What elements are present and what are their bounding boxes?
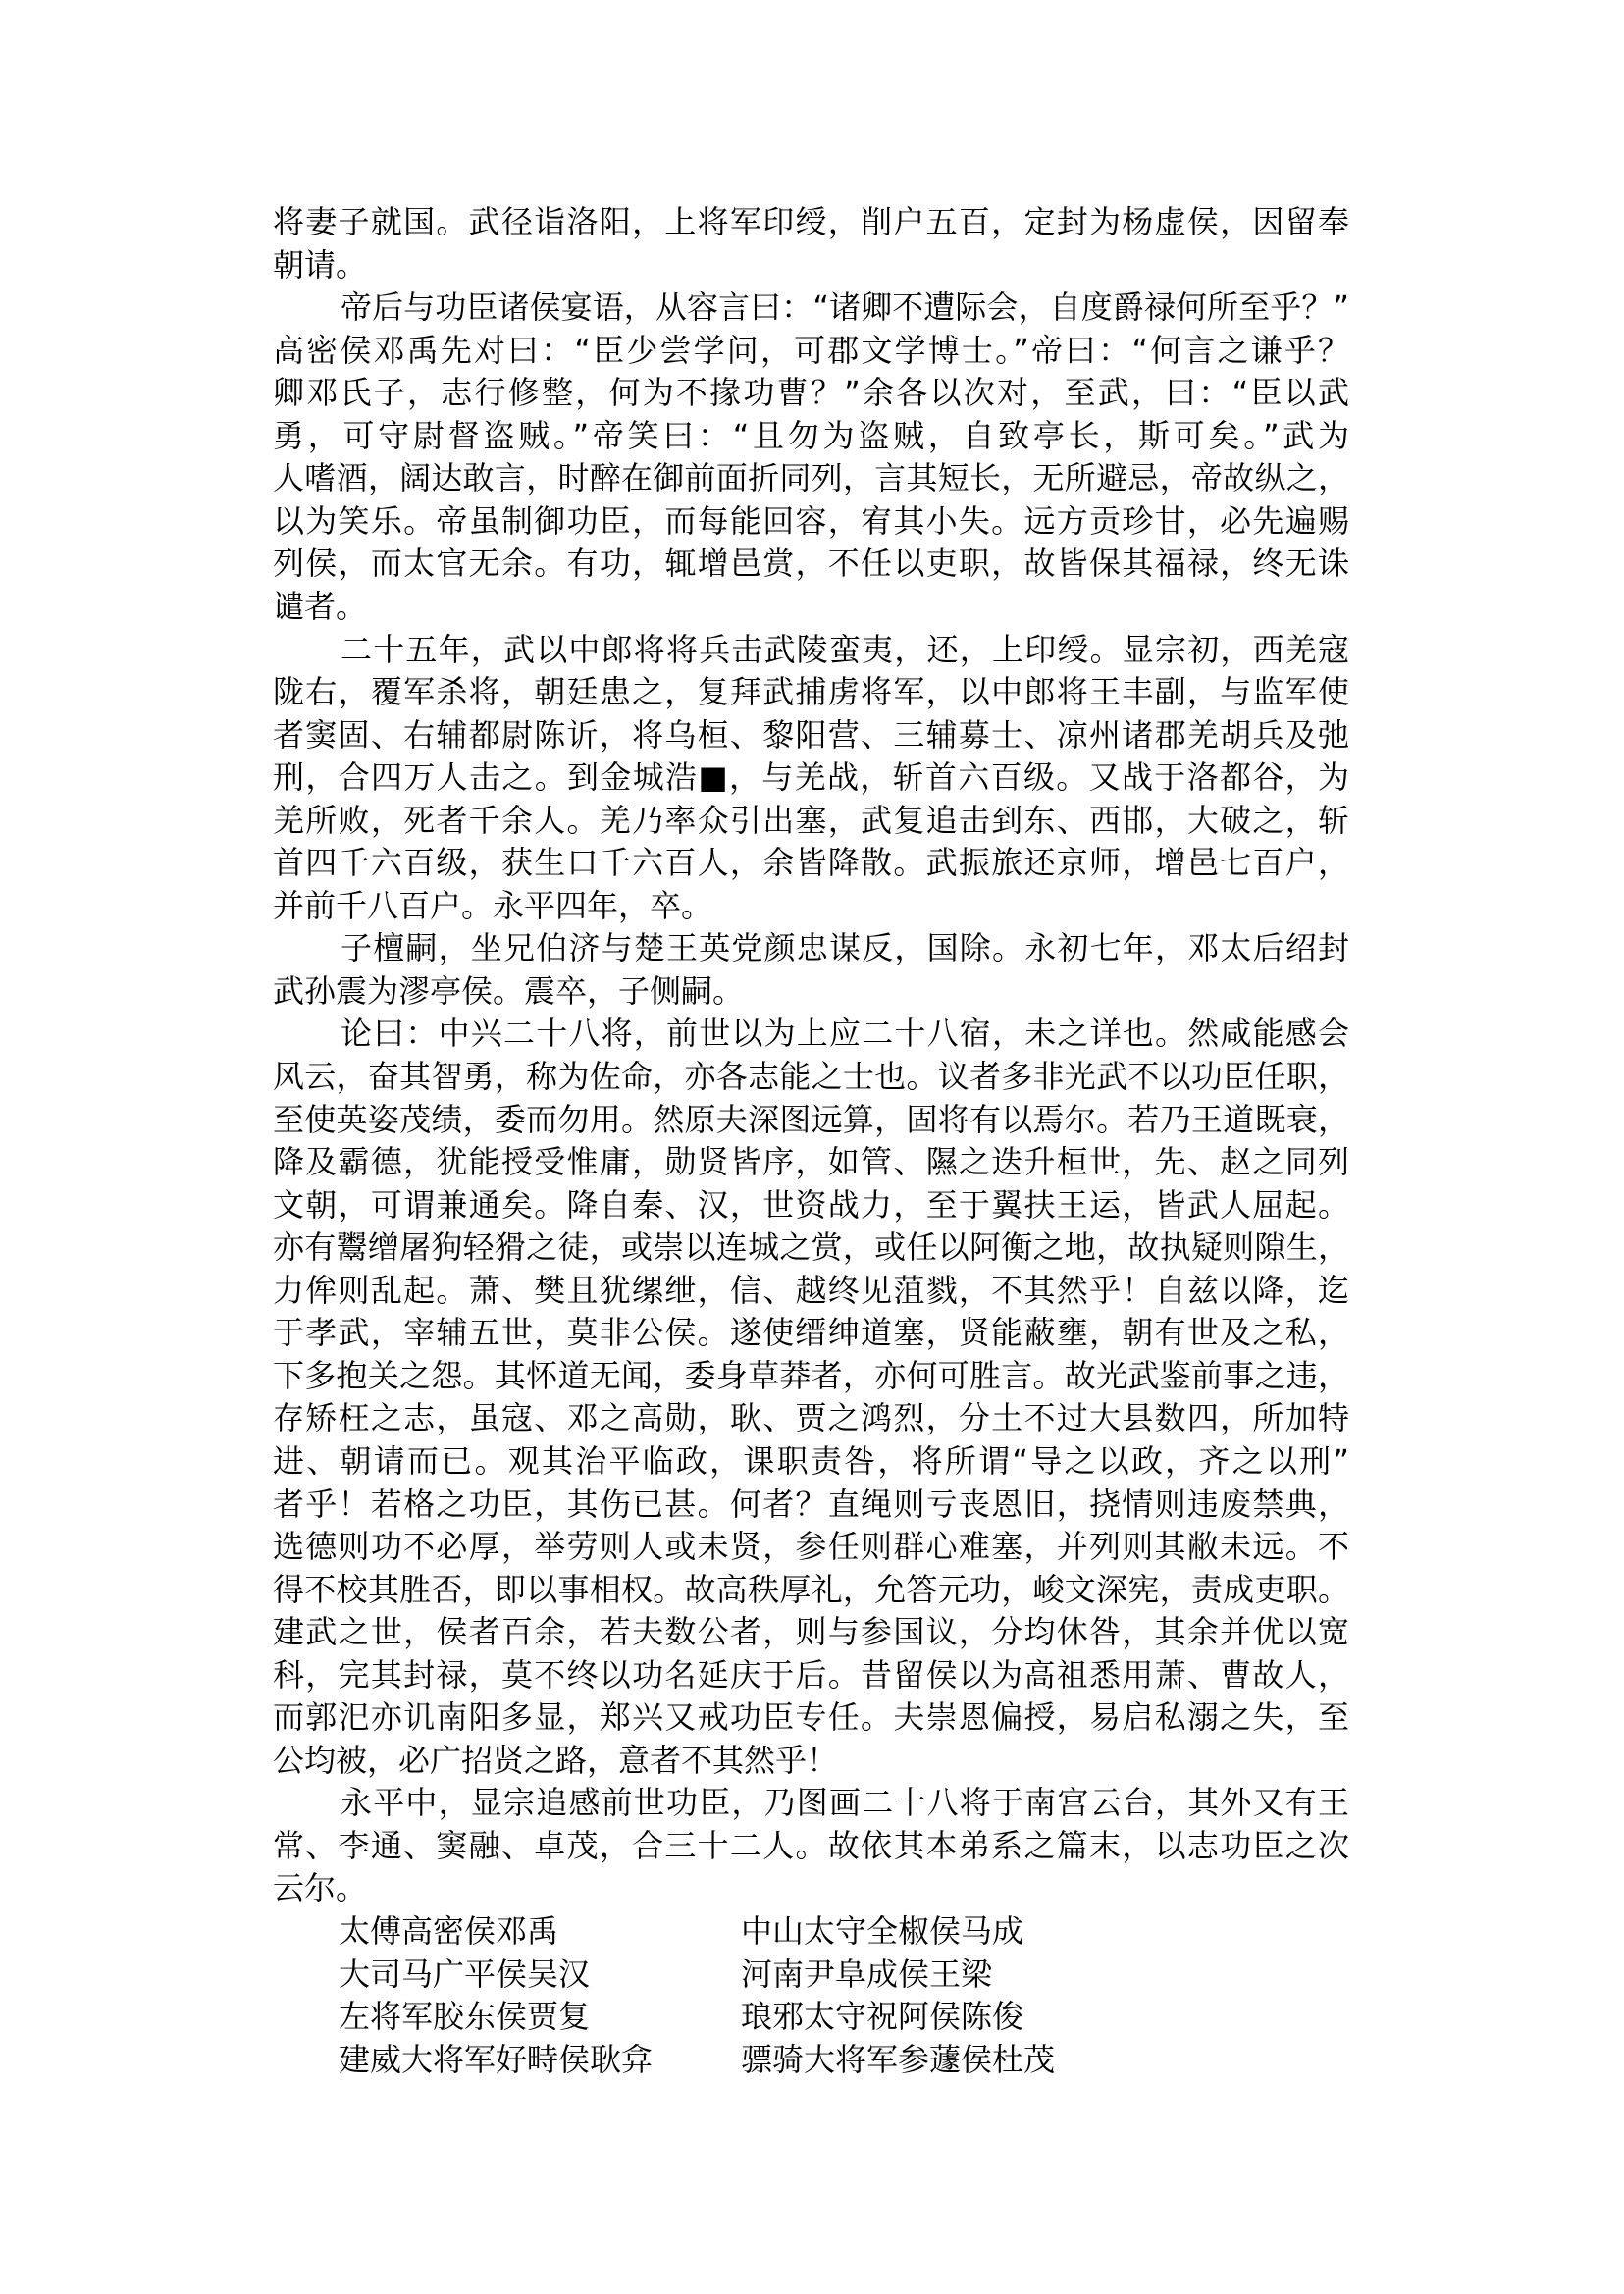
text-line: 朝请。 (273, 243, 1349, 287)
text-line: 风云，奋其智勇，称为佐命，亦各志能之士也。议者多非光武不以功臣任职， (273, 1055, 1349, 1098)
text-line: 公均被，必广招贤之路，意者不其然乎！ (273, 1739, 1349, 1782)
paragraph-first-line: 帝后与功臣诸侯宴语，从容言曰：“诸卿不遭际会，自度爵禄何所至乎？” (341, 286, 1349, 329)
text-line: 人嗜酒，阔达敢言，时醉在御前面折同列，言其短长，无所避忌，帝故纵之， (273, 456, 1349, 499)
text-line: 者乎！若格之功臣，其伤已甚。何者？直绳则亏丧恩旧，挠情则违废禁典， (273, 1483, 1349, 1526)
text-line: 羌所败，死者千余人。羌乃率众引出塞，武复追击到东、西邯，大破之，斩 (273, 799, 1349, 842)
paragraph-first-line: 二十五年，武以中郎将将兵击武陵蛮夷，还，上印绶。显宗初，西羌寇 (341, 628, 1349, 671)
paragraph-first-line: 子檀嗣，坐兄伯济与楚王英党颜忠谋反，国除。永初七年，邓太后绍封 (341, 926, 1349, 969)
text-line: 下多抱关之怨。其怀道无闻，委身草莽者，亦何可胜言。故光武鉴前事之违， (273, 1354, 1349, 1397)
text-line: 列侯，而太官无余。有功，辄增邑赏，不任以吏职，故皆保其福禄，终无诛 (273, 542, 1349, 585)
text-line: 亦有鬻缯屠狗轻猾之徒，或崇以连城之赏，或任以阿衡之地，故执疑则隙生， (273, 1225, 1349, 1269)
text-line: 常、李通、窦融、卓茂，合三十二人。故依其本弟系之篇末，以志功臣之次 (273, 1824, 1349, 1867)
text-line: 者窦固、右辅都尉陈䜣，将乌桓、黎阳营、三辅募士、凉州诸郡羌胡兵及弛 (273, 713, 1349, 756)
text-line: 武孙震为漻亭侯。震卒，子侧嗣。 (273, 969, 1349, 1013)
paragraph-first-line: 论曰：中兴二十八将，前世以为上应二十八宿，未之详也。然咸能感会 (341, 1012, 1349, 1055)
text-line: 以为笑乐。帝虽制御功臣，而每能回容，宥其小失。远方贡珍甘，必先遍赐 (273, 499, 1349, 543)
paragraph-first-line: 永平中，显宗追感前世功臣，乃图画二十八将于南宫云台，其外又有王 (341, 1781, 1349, 1824)
text-line: 刑，合四万人击之。到金城浩■，与羌战，斩首六百级。又战于洛都谷，为 (273, 756, 1349, 799)
text-line: 至使英姿茂绩，委而勿用。然原夫深图远算，固将有以焉尔。若乃王道既衰， (273, 1098, 1349, 1141)
text-line: 得不校其胜否，即以事相权。故高秩厚礼，允答元功，峻文深宪，责成吏职。 (273, 1568, 1349, 1611)
text-line: 将妻子就国。武径诣洛阳，上将军印绶，削户五百，定封为杨虚侯，因留奉 (273, 200, 1349, 243)
roster-entry-right: 河南尹阜成侯王梁 (741, 1953, 1231, 1996)
text-line: 建武之世，侯者百余，若夫数公者，则与参国议，分均休咎，其余并优以宽 (273, 1610, 1349, 1653)
text-line: 卿邓氏子，志行修整，何为不掾功曹？”余各以次对，至武，曰：“臣以武 (273, 371, 1349, 414)
text-line: 陇右，覆军杀将，朝廷患之，复拜武捕虏将军，以中郎将王丰副，与监军使 (273, 670, 1349, 713)
roster-entry-left: 太傅高密侯邓禹 (339, 1909, 731, 1953)
roster-entry-left: 建威大将军好畤侯耿弇 (339, 2038, 731, 2081)
roster-entry-left: 大司马广平侯吴汉 (339, 1953, 731, 1996)
text-line: 科，完其封禄，莫不终以功名延庆于后。昔留侯以为高祖悉用萧、曹故人， (273, 1653, 1349, 1696)
roster-entry-right: 中山太守全椒侯马成 (741, 1909, 1231, 1953)
text-line: 于孝武，宰辅五世，莫非公侯。遂使缙绅道塞，贤能蔽壅，朝有世及之私， (273, 1311, 1349, 1354)
text-line: 谴者。 (273, 585, 1349, 628)
text-line: 选德则功不必厚，举劳则人或未贤，参任则群心难塞，并列则其敝未远。不 (273, 1525, 1349, 1568)
roster-entry-right: 骠骑大将军参蘧侯杜茂 (741, 2038, 1231, 2081)
roster-entry-left: 左将军胶东侯贾复 (339, 1995, 731, 2038)
text-line: 进、朝请而已。观其治平临政，课职责咎，将所谓“导之以政，齐之以刑” (273, 1439, 1349, 1483)
text-line: 力侔则乱起。萧、樊且犹缧绁，信、越终见菹戮，不其然乎！自兹以降，迄 (273, 1269, 1349, 1312)
text-line: 存矫枉之志，虽寇、邓之高勋，耿、贾之鸿烈，分土不过大县数四，所加特 (273, 1396, 1349, 1439)
text-line: 而郭汜亦讥南阳多显，郑兴又戒功臣专任。夫崇恩偏授，易启私溺之失，至 (273, 1695, 1349, 1739)
text-line: 勇，可守尉督盗贼。”帝笑曰：“且勿为盗贼，自致亭长，斯可矣。”武为 (273, 414, 1349, 457)
roster-entry-right: 琅邪太守祝阿侯陈俊 (741, 1995, 1231, 2038)
text-line: 首四千六百级，获生口千六百人，余皆降散。武振旅还京师，增邑七百户， (273, 841, 1349, 884)
text-line: 并前千八百户。永平四年，卒。 (273, 884, 1349, 927)
text-line: 文朝，可谓兼通矣。降自秦、汉，世资战力，至于翼扶王运，皆武人屈起。 (273, 1183, 1349, 1226)
text-line: 降及霸德，犹能授受惟庸，勋贤皆序，如管、隰之迭升桓世，先、赵之同列 (273, 1140, 1349, 1183)
text-line: 云尔。 (273, 1866, 1349, 1909)
document-page: 将妻子就国。武径诣洛阳，上将军印绶，削户五百，定封为杨虚侯，因留奉朝请。帝后与功… (0, 0, 1624, 2294)
text-line: 高密侯邓禹先对曰：“臣少尝学问，可郡文学博士。”帝曰：“何言之谦乎？ (273, 329, 1349, 372)
